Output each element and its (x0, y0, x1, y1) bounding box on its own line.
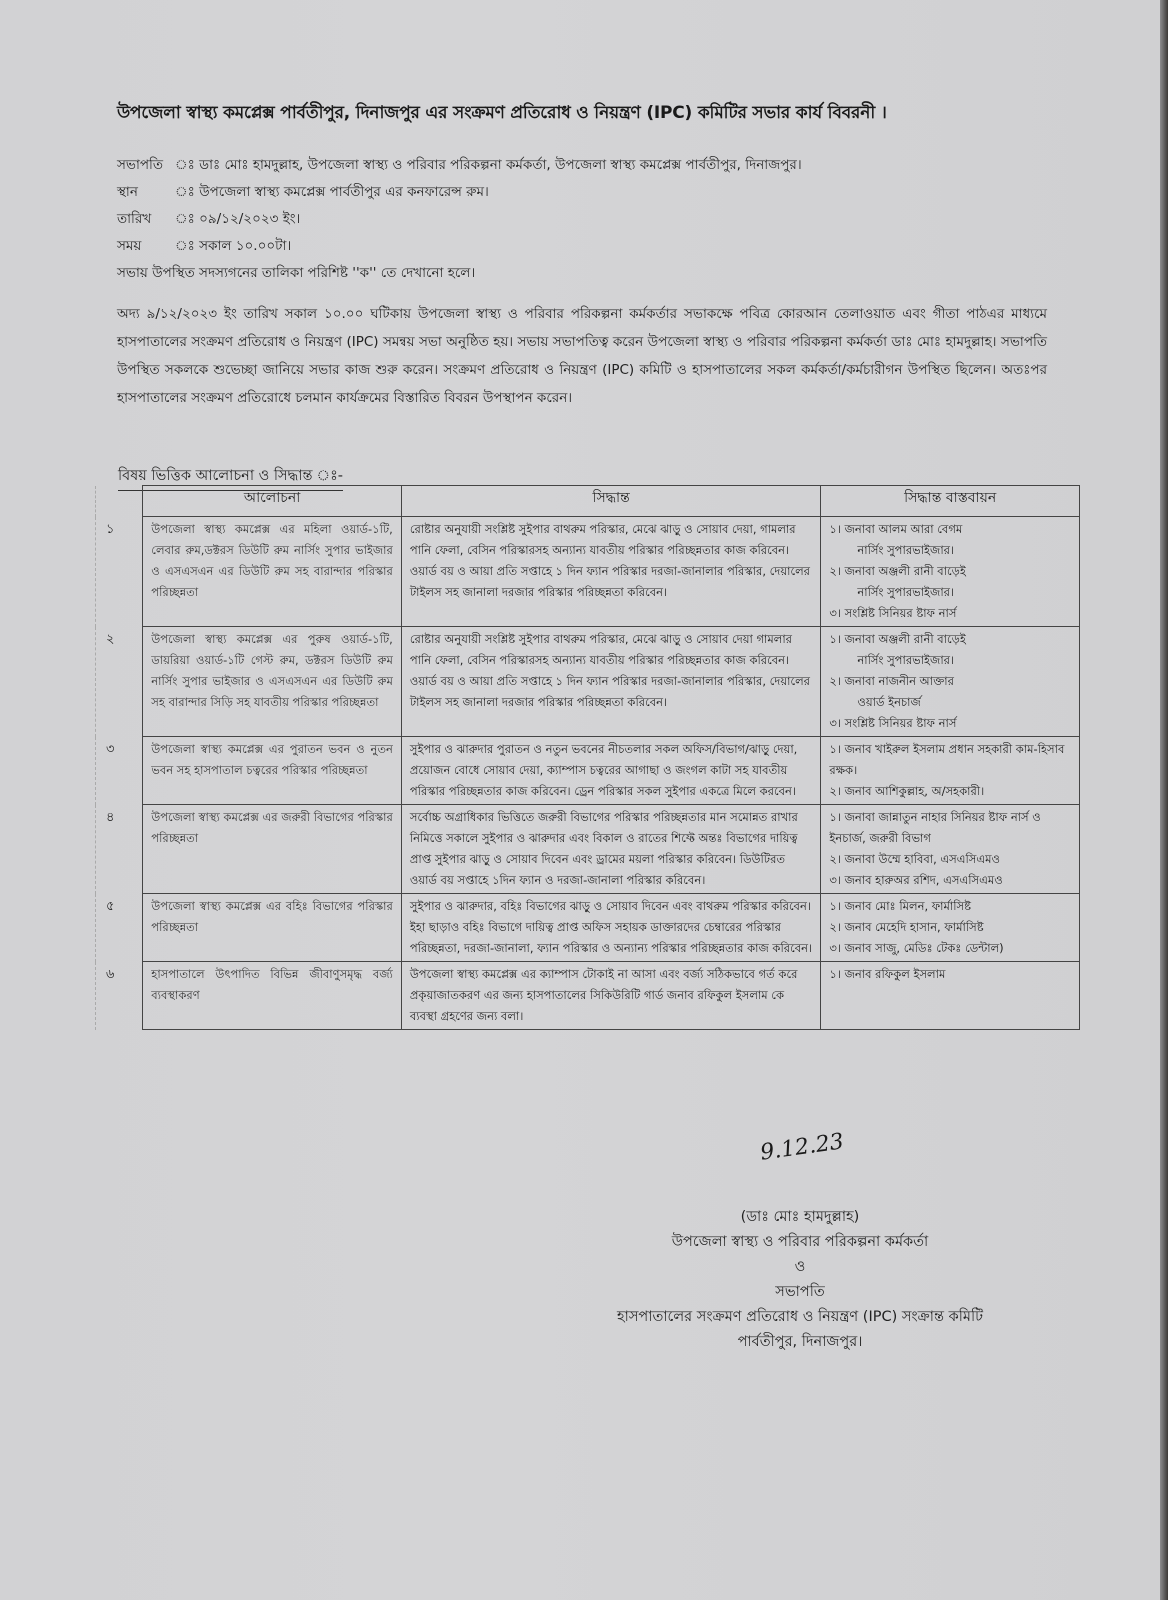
item-designation: নার্সিং সুপারভাইজার। (829, 540, 1071, 561)
signatory-role: সভাপতি (560, 1280, 1040, 1305)
item-designation: নার্সিং সুপারভাইজার। (829, 582, 1071, 603)
row-decision: উপজেলা স্বাস্থ্য কমপ্লেক্স এর ক্যাম্পাস … (401, 962, 821, 1030)
header-decision: সিদ্ধান্ত (401, 486, 821, 517)
row-implementation: ১। জনাব খাইরুল ইসলাম প্রধান সহকারী কাম-হ… (821, 737, 1080, 805)
row-implementation: ১। জনাব রফিকুল ইসলাম (821, 962, 1080, 1030)
signature-block: (ডাঃ মোঃ হামদুল্লাহ) উপজেলা স্বাস্থ্য ও … (560, 1205, 1040, 1355)
row-serial: ৩ (96, 737, 143, 805)
implementation-item: ১। জনাব রফিকুল ইসলাম (829, 964, 1071, 985)
row-serial: ১ (96, 517, 143, 627)
item-number: ৩। (829, 716, 841, 730)
item-person: সংশ্লিষ্ট সিনিয়র ষ্টাফ নার্স (845, 716, 957, 730)
item-number: ১। (829, 522, 841, 536)
table-row: ২উপজেলা স্বাস্থ্য কমপ্লেক্স এর পুরুষ ওয়… (96, 627, 1080, 737)
header-serial (96, 486, 143, 517)
item-person: জনাবা নাজনীন আক্তার (845, 674, 954, 688)
signatory-committee: হাসপাতালের সংক্রমণ প্রতিরোধ ও নিয়ন্ত্রণ… (560, 1305, 1040, 1330)
row-implementation: ১। জনাবা অঞ্জলী রানী বাড়েইনার্সিং সুপার… (821, 627, 1080, 737)
row-serial: ৫ (96, 894, 143, 962)
implementation-item: ৩। জনাব হারুঅর রশিদ, এসএসিএমও (829, 870, 1071, 891)
implementation-item: ২। জনাবা নাজনীন আক্তারওয়ার্ড ইনচার্জ (829, 671, 1071, 713)
row-decision: সর্বোচ্চ অগ্রাধিকার ভিত্তিতে জরুরী বিভাগ… (401, 805, 821, 894)
item-number: ২। (829, 852, 841, 866)
row-discussion: উপজেলা স্বাস্থ্য কমপ্লেক্স এর বহিঃ বিভাগ… (143, 894, 402, 962)
item-person: জনাব আশিকুল্লাহ, অ/সহকারী। (845, 784, 985, 798)
table-row: ১উপজেলা স্বাস্থ্য কমপ্লেক্স এর মহিলা ওয়… (96, 517, 1080, 627)
item-number: ১। (829, 967, 841, 981)
signatory-location: পার্বতীপুর, দিনাজপুর। (560, 1330, 1040, 1355)
row-serial: ৬ (96, 962, 143, 1030)
row-discussion: উপজেলা স্বাস্থ্য কমপ্লেক্স এর পুরুষ ওয়া… (143, 627, 402, 737)
meeting-meta: সভাপতিঃ ডাঃ মোঃ হামদুল্লাহ, উপজেলা স্বাস… (117, 152, 802, 287)
table-header-row: আলোচনা সিদ্ধান্ত সিদ্ধান্ত বাস্তবায়ন (96, 486, 1080, 517)
header-discussion: আলোচনা (143, 486, 402, 517)
item-number: ১। (829, 632, 841, 646)
implementation-item: ১। জনাব মোঃ মিলন, ফার্মাসিষ্ট (829, 896, 1071, 917)
attendance-note: সভায় উপস্থিত সদস্যগনের তালিকা পরিশিষ্ট … (117, 260, 802, 287)
item-number: ১। (829, 899, 841, 913)
implementation-item: ১। জনাবা অঞ্জলী রানী বাড়েইনার্সিং সুপার… (829, 629, 1071, 671)
signatory-conjunction: ও (560, 1255, 1040, 1280)
row-decision: সুইপার ও ঝারুদার, বহিঃ বিভাগের ঝাড়ু ও স… (401, 894, 821, 962)
row-serial: ৪ (96, 805, 143, 894)
item-number: ৩। (829, 941, 841, 955)
document-title: উপজেলা স্বাস্থ্য কমপ্লেক্স পার্বতীপুর, দ… (117, 100, 997, 128)
table-row: ৬হাসপাতালে উৎপাদিত বিভিন্ন জীবাণুসমৃদ্ধ … (96, 962, 1080, 1030)
document-page: উপজেলা স্বাস্থ্য কমপ্লেক্স পার্বতীপুর, দ… (0, 0, 1160, 1600)
implementation-item: ২। জনাব মেহেদি হাসান, ফার্মাসিষ্ট (829, 917, 1071, 938)
implementation-item: ১। জনাবা আলম আরা বেগমনার্সিং সুপারভাইজার… (829, 519, 1071, 561)
handwritten-signature: 9.12.23 (759, 1129, 846, 1165)
item-person: জনাবা অঞ্জলী রানী বাড়েই (845, 564, 966, 578)
implementation-item: ৩। জনাব সাজু, মেডিঃ টেকঃ ডেন্টাল) (829, 938, 1071, 959)
row-discussion: হাসপাতালে উৎপাদিত বিভিন্ন জীবাণুসমৃদ্ধ ব… (143, 962, 402, 1030)
item-designation: ওয়ার্ড ইনচার্জ (829, 692, 1071, 713)
signatory-name: (ডাঃ মোঃ হামদুল্লাহ) (560, 1205, 1040, 1230)
meta-date: তারিখঃ ০৯/১২/২০২৩ ইং। (117, 206, 802, 233)
item-person: জনাব মেহেদি হাসান, ফার্মাসিষ্ট (845, 920, 984, 934)
page-edge-shadow (1160, 0, 1168, 1600)
header-implementation: সিদ্ধান্ত বাস্তবায়ন (821, 486, 1080, 517)
item-number: ২। (829, 674, 841, 688)
item-number: ২। (829, 784, 841, 798)
item-person: জনাবা জান্নাতুন নাহার সিনিয়র ষ্টাফ নার্… (829, 810, 1040, 845)
item-number: ৩। (829, 606, 841, 620)
item-person: সংশ্লিষ্ট সিনিয়র ষ্টাফ নার্স (845, 606, 957, 620)
item-person: জনাব হারুঅর রশিদ, এসএসিএমও (845, 873, 1003, 887)
row-implementation: ১। জনাবা আলম আরা বেগমনার্সিং সুপারভাইজার… (821, 517, 1080, 627)
implementation-item: ২। জনাব আশিকুল্লাহ, অ/সহকারী। (829, 781, 1071, 802)
item-person: জনাবা অঞ্জলী রানী বাড়েই (845, 632, 966, 646)
row-decision: সুইপার ও ঝারুদার পুরাতন ও নতুন ভবনের নীচ… (401, 737, 821, 805)
item-number: ১। (829, 810, 841, 824)
row-discussion: উপজেলা স্বাস্থ্য কমপ্লেক্স এর মহিলা ওয়া… (143, 517, 402, 627)
implementation-item: ২। জনাবা উম্মে হাবিবা, এসএসিএমও (829, 849, 1071, 870)
table-row: ৫উপজেলা স্বাস্থ্য কমপ্লেক্স এর বহিঃ বিভা… (96, 894, 1080, 962)
row-decision: রোষ্টার অনুযায়ী সংশ্লিষ্ট সুইপার বাথরুম… (401, 627, 821, 737)
row-discussion: উপজেলা স্বাস্থ্য কমপ্লেক্স এর পুরাতন ভবন… (143, 737, 402, 805)
item-person: জনাবা আলম আরা বেগম (845, 522, 963, 536)
intro-paragraph: অদ্য ৯/১২/২০২৩ ইং তারিখ সকাল ১০.০০ ঘটিকা… (117, 300, 1047, 412)
row-implementation: ১। জনাব মোঃ মিলন, ফার্মাসিষ্ট২। জনাব মেহ… (821, 894, 1080, 962)
item-person: জনাবা উম্মে হাবিবা, এসএসিএমও (845, 852, 1000, 866)
item-person: জনাব খাইরুল ইসলাম প্রধান সহকারী কাম-হিসা… (829, 742, 1064, 777)
row-implementation: ১। জনাবা জান্নাতুন নাহার সিনিয়র ষ্টাফ ন… (821, 805, 1080, 894)
implementation-item: ১। জনাবা জান্নাতুন নাহার সিনিয়র ষ্টাফ ন… (829, 807, 1071, 849)
item-number: ১। (829, 742, 841, 756)
implementation-item: ১। জনাব খাইরুল ইসলাম প্রধান সহকারী কাম-হ… (829, 739, 1071, 781)
item-number: ২। (829, 564, 841, 578)
table-row: ৩উপজেলা স্বাস্থ্য কমপ্লেক্স এর পুরাতন ভব… (96, 737, 1080, 805)
row-discussion: উপজেলা স্বাস্থ্য কমপ্লেক্স এর জরুরী বিভা… (143, 805, 402, 894)
item-number: ৩। (829, 873, 841, 887)
meta-venue: স্থানঃ উপজেলা স্বাস্থ্য কমপ্লেক্স পার্বত… (117, 179, 802, 206)
signatory-designation: উপজেলা স্বাস্থ্য ও পরিবার পরিকল্পনা কর্ম… (560, 1230, 1040, 1255)
item-person: জনাব রফিকুল ইসলাম (845, 967, 946, 981)
implementation-item: ৩। সংশ্লিষ্ট সিনিয়র ষ্টাফ নার্স (829, 603, 1071, 624)
row-serial: ২ (96, 627, 143, 737)
table-row: ৪উপজেলা স্বাস্থ্য কমপ্লেক্স এর জরুরী বিভ… (96, 805, 1080, 894)
item-person: জনাব সাজু, মেডিঃ টেকঃ ডেন্টাল) (845, 941, 1004, 955)
row-decision: রোষ্টার অনুযায়ী সংশ্লিষ্ট সুইপার বাথরুম… (401, 517, 821, 627)
decisions-table: আলোচনা সিদ্ধান্ত সিদ্ধান্ত বাস্তবায়ন ১উ… (95, 485, 1080, 1030)
implementation-item: ২। জনাবা অঞ্জলী রানী বাড়েইনার্সিং সুপার… (829, 561, 1071, 603)
item-person: জনাব মোঃ মিলন, ফার্মাসিষ্ট (845, 899, 971, 913)
meta-chairperson: সভাপতিঃ ডাঃ মোঃ হামদুল্লাহ, উপজেলা স্বাস… (117, 152, 802, 179)
meta-time: সময়ঃ সকাল ১০.০০টা। (117, 233, 802, 260)
item-designation: নার্সিং সুপারভাইজার। (829, 650, 1071, 671)
item-number: ২। (829, 920, 841, 934)
implementation-item: ৩। সংশ্লিষ্ট সিনিয়র ষ্টাফ নার্স (829, 713, 1071, 734)
